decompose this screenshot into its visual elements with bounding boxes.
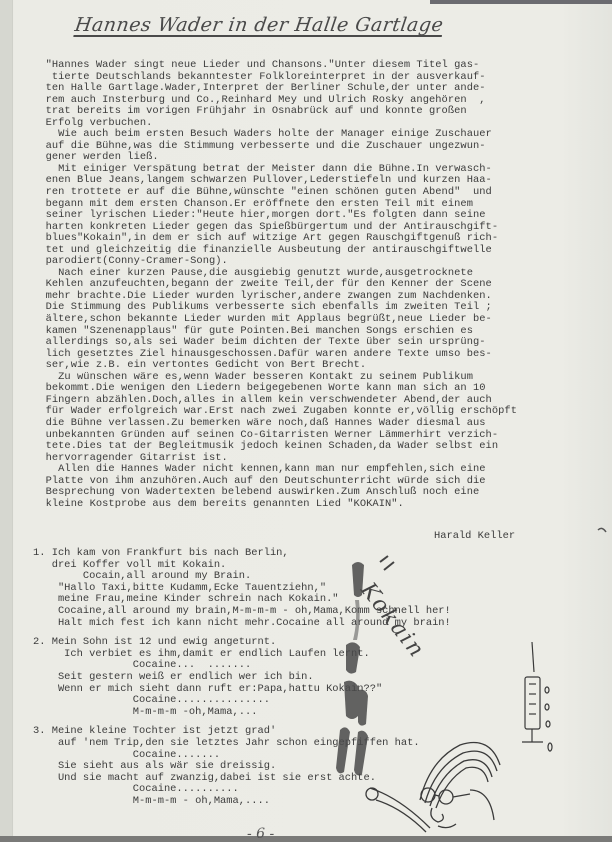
article-line: tete.Dies tat der Begleitmusik jedoch ke… xyxy=(33,441,603,453)
author-signature: Harald Keller xyxy=(434,530,515,542)
article-line: seiner lyrischen Lieder:"Heute hier,morg… xyxy=(33,210,603,222)
lyric-line: M-m-m-m -oh,Mama,... xyxy=(33,707,513,719)
document-page: Hannes Wader in der Halle Gartlage "Hann… xyxy=(0,0,612,842)
scan-bottom-edge xyxy=(0,836,612,842)
article-line: Allen die Hannes Wader nicht kennen,kann… xyxy=(33,464,603,476)
lyric-line: 2. Mein Sohn ist 12 und ewig angeturnt. xyxy=(33,637,513,649)
article-line: trat bereits im vorigen Frühjahr in Osna… xyxy=(33,106,603,118)
lyric-line: auf 'nem Trip,den sie letztes Jahr schon… xyxy=(33,738,513,750)
lyric-line: Seit gestern weiß er endlich wer ich bin… xyxy=(33,672,513,684)
article-line: allerdings so,als sei Wader beim dichten… xyxy=(33,337,603,349)
lyric-line: M-m-m-m - oh,Mama,.... xyxy=(33,796,513,808)
article-body: "Hannes Wader singt neue Lieder und Chan… xyxy=(33,60,603,510)
lyric-line: 1. Ich kam von Frankfurt bis nach Berlin… xyxy=(33,548,513,560)
article-line: kleine Kostprobe aus dem bereits genannt… xyxy=(33,499,603,511)
article-line: ren trottete er auf die Bühne,wünschte "… xyxy=(33,187,603,199)
article-line: ältere,schon bekannte Lieder wurden mit … xyxy=(33,314,603,326)
scan-shadow xyxy=(430,0,612,4)
lyric-line: Halt mich fest ich kann nicht mehr.Cocai… xyxy=(33,618,513,630)
handwritten-title: Hannes Wader in der Halle Gartlage xyxy=(73,14,444,36)
lyric-line: Cocaine,all around my brain,M-m-m-m - oh… xyxy=(33,606,513,618)
page-binding-edge xyxy=(0,0,13,842)
page-number: - 6 - xyxy=(247,826,274,842)
song-lyrics: 1. Ich kam von Frankfurt bis nach Berlin… xyxy=(33,548,513,807)
article-line: "Hannes Wader singt neue Lieder und Chan… xyxy=(33,60,603,72)
article-line: ten Halle Gartlage.Wader,Interpret der B… xyxy=(33,83,603,95)
article-line: die Bühne verlassen.Zu bemerken wäre noc… xyxy=(33,418,603,430)
lyric-line: Sie sieht aus als wär sie dreissig. xyxy=(33,761,513,773)
syringe-icon xyxy=(522,642,552,751)
lyric-line: Cocaine............... xyxy=(33,695,513,707)
